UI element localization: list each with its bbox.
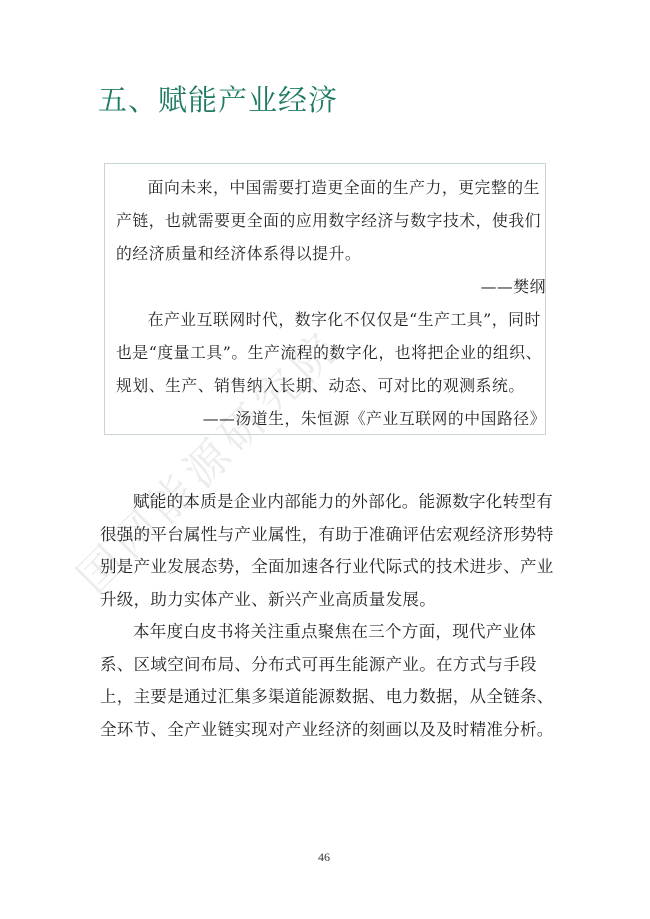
quote-box: 面向未来，中国需要打造更全面的生产力，更完整的生产链，也就需要更全面的应用数字经… <box>104 163 546 435</box>
paragraph-2: 本年度白皮书将关注重点聚焦在三个方面，现代产业体系、区域空间布局、分布式可再生能… <box>100 616 562 746</box>
section-title: 五、赋能产业经济 <box>98 78 338 119</box>
paragraph-1: 赋能的本质是企业内部能力的外部化。能源数字化转型有很强的平台属性与产业属性，有助… <box>100 486 562 616</box>
body-text: 赋能的本质是企业内部能力的外部化。能源数字化转型有很强的平台属性与产业属性，有助… <box>100 486 562 746</box>
quote-2-text: 在产业互联网时代，数字化不仅仅是“生产工具”，同时也是“度量工具”。生产流程的数… <box>116 303 546 402</box>
quote-1-attribution: ——樊纲 <box>116 270 554 303</box>
page-number: 46 <box>318 850 330 865</box>
quote-2-attribution: ——汤道生，朱恒源《产业互联网的中国路径》 <box>116 402 554 435</box>
quote-1-text: 面向未来，中国需要打造更全面的生产力，更完整的生产链，也就需要更全面的应用数字经… <box>116 171 546 270</box>
